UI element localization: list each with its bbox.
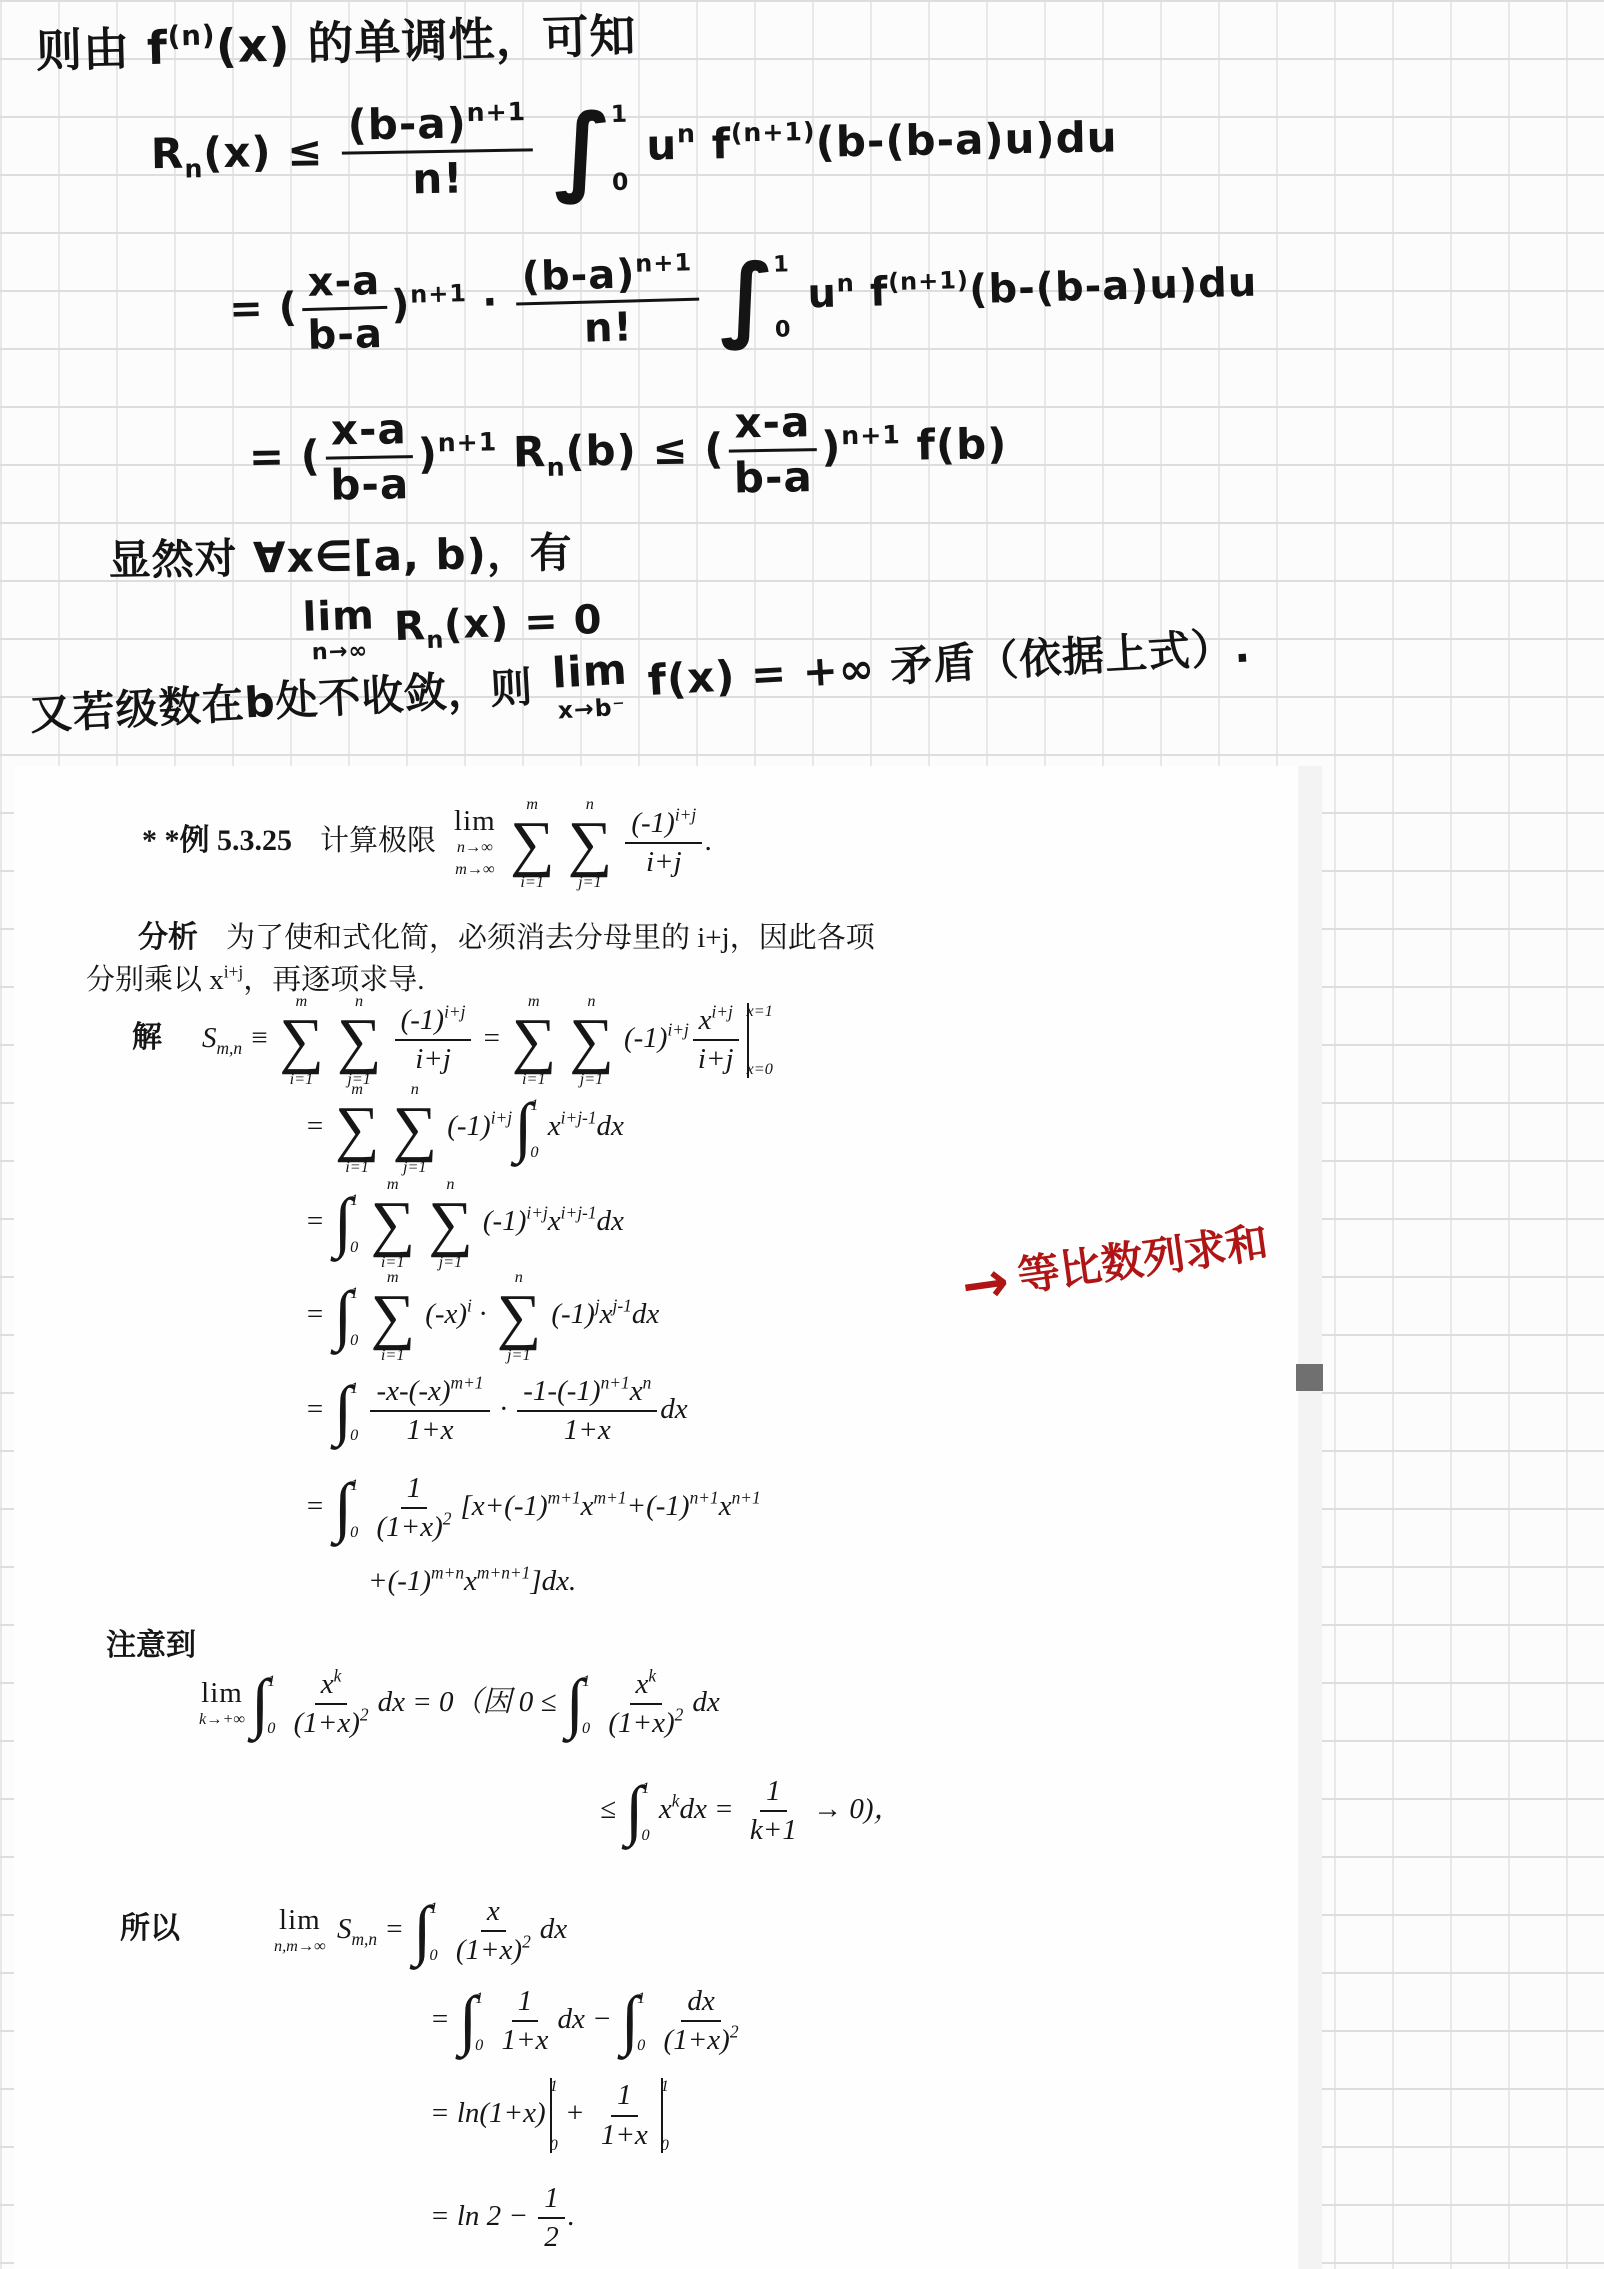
note-line: 注意到 [106,1620,196,1664]
conclusion-eq-4-math: = ln 2 − 12. [430,2200,575,2232]
handwritten-line-4: = (x-ab-a)n+1 Rn(b) ≤ (x-ab-a)n+1 f(b) [248,395,1008,512]
solution-eq-3-math: = ∫10 m∑i=1 n∑j=1 (-1)i+jxi+j-1dx [305,1205,624,1237]
example-formula: limn→∞m→∞ m∑i=1 n∑j=1 (-1)i+ji+j. [450,825,712,857]
solution-eq-6-math: = ∫10 1(1+x)2[x+(-1)m+1xm+1+(-1)n+1xn+1 [305,1490,761,1522]
solution-eq-7: +(-1)m+nxm+n+1]dx. [368,1565,576,1598]
analysis-line-1: 分析为了使和式化简，必须消去分母里的 i+j，因此各项 [138,912,875,956]
solution-line-1: 解Sm,n ≡ m∑i=1 n∑j=1 (-1)i+ji+j = m∑i=1 n… [132,992,773,1089]
conclusion-eq-1: limn,m→∞ Sm,n = ∫10 x(1+x)2dx [270,1913,567,1945]
conclusion-eq-2: = ∫10 11+xdx − ∫10 dx(1+x)2 [430,1985,748,2058]
notebook-page: 则由 f(n)(x) 的单调性，可知 Rn(x) ≤ (b-a)n+1n! ∫1… [0,0,1604,2269]
solution-eq-3: = ∫10 m∑i=1 n∑j=1 (-1)i+jxi+j-1dx [305,1175,624,1272]
conclusion-line-1: 所以limn,m→∞ Sm,n = ∫10 x(1+x)2dx [120,1895,567,1968]
example-title: * *例 5.3.25计算极限limn→∞m→∞ m∑i=1 n∑j=1 (-1… [142,795,712,892]
analysis-text-1: 为了使和式化简，必须消去分母里的 i+j，因此各项 [226,922,875,954]
solution-eq-2: = m∑i=1 n∑j=1 (-1)i+j∫10 xi+j-1dx [305,1080,624,1177]
conclusion-eq-3-math: = ln(1+x)10 + 11+x10 [430,2097,669,2129]
note-eq-1: limk→+∞∫10 xk(1+x)2dx = 0（因 0 ≤ ∫10 xk(1… [195,1668,720,1741]
so-label: 所以 [120,1912,180,1945]
gray-square-marker [1296,1364,1323,1391]
note-eq-2: ≤ ∫10 xkdx = 1k+1 → 0)， [600,1775,903,1848]
solution-label: 解 [132,1021,162,1054]
solution-eq-4: = ∫10 m∑i=1 (-x)i · n∑j=1 (-1)jxj-1dx [305,1268,659,1365]
handwritten-line-1: 则由 f(n)(x) 的单调性，可知 [35,0,637,81]
page-edge-strip [1298,766,1322,2269]
solution-eq-5: = ∫10 -x-(-x)m+11+x · -1-(-1)n+1xn1+xdx [305,1375,688,1448]
handwritten-line-5: 显然对 ∀x∈[a, b)，有 [108,520,573,588]
solution-eq-7-math: +(-1)m+nxm+n+1]dx. [368,1565,576,1597]
solution-eq-5-math: = ∫10 -x-(-x)m+11+x · -1-(-1)n+1xn1+xdx [305,1393,688,1425]
example-intro: 计算极限 [320,825,436,857]
conclusion-eq-4: = ln 2 − 12. [430,2182,575,2255]
conclusion-eq-2-math: = ∫10 11+xdx − ∫10 dx(1+x)2 [430,2003,748,2035]
solution-eq-6: = ∫10 1(1+x)2[x+(-1)m+1xm+1+(-1)n+1xn+1 [305,1472,761,1545]
example-label: * *例 5.3.25 [142,824,292,857]
handwritten-line-7: 又若级数在b处不收敛，则 limx→b⁻ f(x) = +∞ 矛盾（依据上式）. [28,614,1253,754]
solution-eq-1: Sm,n ≡ m∑i=1 n∑j=1 (-1)i+ji+j = m∑i=1 n∑… [202,1022,773,1054]
note-label: 注意到 [106,1629,196,1662]
conclusion-eq-3: = ln(1+x)10 + 11+x10 [430,2078,669,2153]
red-arrow-icon: → [958,1249,1014,1320]
note-eq-2-math: ≤ ∫10 xkdx = 1k+1 → 0)， [600,1793,903,1825]
analysis-label: 分析 [138,921,198,954]
solution-eq-4-math: = ∫10 m∑i=1 (-x)i · n∑j=1 (-1)jxj-1dx [305,1298,659,1330]
handwritten-line-2: Rn(x) ≤ (b-a)n+1n! ∫10 un f(n+1)(b-(b-a)… [150,88,1119,208]
solution-eq-2-math: = m∑i=1 n∑j=1 (-1)i+j∫10 xi+j-1dx [305,1110,624,1142]
handwritten-line-3: = (x-ab-a)n+1 · (b-a)n+1n! ∫10 un f(n+1)… [228,235,1259,361]
note-eq-1-math: limk→+∞∫10 xk(1+x)2dx = 0（因 0 ≤ ∫10 xk(1… [195,1686,720,1718]
